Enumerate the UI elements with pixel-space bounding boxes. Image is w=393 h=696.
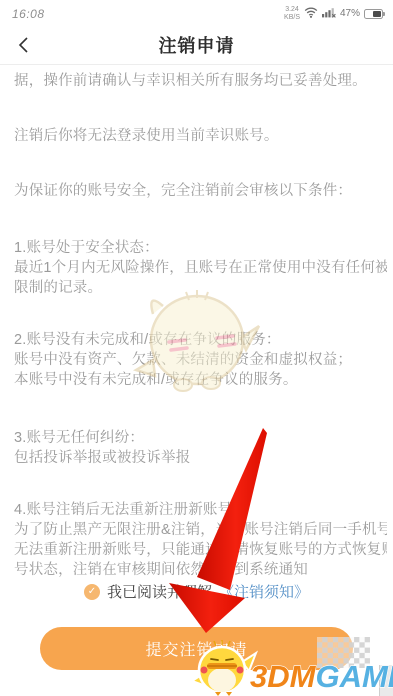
intro-paragraph-logout: 注销后你将无法登录使用当前幸识账号。 xyxy=(14,126,387,146)
condition-body-line: 包括投诉举报或被投诉举报 xyxy=(14,448,387,468)
network-speed-value: 3.24 xyxy=(285,6,299,14)
chevron-left-icon xyxy=(18,36,29,54)
network-speed-unit: KB/S xyxy=(284,14,300,22)
agreement-checkbox[interactable]: ✓ xyxy=(84,584,100,600)
condition-body-line: 最近1个月内无风险操作，且账号在正常使用中没有任何被 xyxy=(14,258,387,278)
nav-header: 注销申请 xyxy=(0,25,393,64)
wifi-icon xyxy=(304,5,318,23)
status-bar-right: 3.24 KB/S 47% xyxy=(284,5,383,23)
header-divider xyxy=(0,64,393,65)
intro-line: 注销后你将无法登录使用当前幸识账号。 xyxy=(14,126,387,146)
condition-body-line: 无法重新注册新账号，只能通过申请恢复账号的方式恢复账 xyxy=(14,540,387,560)
battery-icon xyxy=(364,9,383,19)
condition-title: 3.账号无任何纠纷： xyxy=(14,428,387,448)
cancellation-notice-link[interactable]: 《注销须知》 xyxy=(219,581,309,602)
condition-body-line: 号状态，注销在审核期间依然会收到系统通知 xyxy=(14,560,387,580)
intro-line: 据，操作前请确认与幸识相关所有服务均已妥善处理。 xyxy=(14,71,387,91)
agreement-label: 我已阅读并理解 xyxy=(107,581,212,602)
condition-body-line: 本账号中没有未完成和/或存在争议的服务。 xyxy=(14,370,387,390)
clock: 16:08 xyxy=(12,7,45,21)
page-title: 注销申请 xyxy=(159,32,235,58)
condition-3: 3.账号无任何纠纷： 包括投诉举报或被投诉举报 xyxy=(14,428,387,468)
condition-body-line: 账号中没有资产、欠款、未结清的资金和虚拟权益； xyxy=(14,350,387,370)
submit-cancellation-button[interactable]: 提交注销申请 xyxy=(40,627,353,670)
condition-2: 2.账号没有未完成和/或存在争议的服务： 账号中没有资产、欠款、未结清的资金和虚… xyxy=(14,330,387,390)
agreement-row: ✓ 我已阅读并理解 《注销须知》 xyxy=(0,581,393,602)
condition-title: 2.账号没有未完成和/或存在争议的服务： xyxy=(14,330,387,350)
intro-line: 为保证你的账号安全，完全注销前会审核以下条件： xyxy=(14,181,387,201)
network-speed: 3.24 KB/S xyxy=(284,6,300,21)
condition-body-line: 为了防止黑产无限注册&注销，当前账号注销后同一手机号 xyxy=(14,520,387,540)
condition-1: 1.账号处于安全状态： 最近1个月内无风险操作，且账号在正常使用中没有任何被 限… xyxy=(14,238,387,298)
condition-4: 4.账号注销后无法重新注册新账号： 为了防止黑产无限注册&注销，当前账号注销后同… xyxy=(14,500,387,580)
condition-title: 1.账号处于安全状态： xyxy=(14,238,387,258)
status-bar: 16:08 3.24 KB/S xyxy=(0,0,393,25)
intro-paragraph-clipped: 据，操作前请确认与幸识相关所有服务均已妥善处理。 xyxy=(14,71,387,91)
battery-percent: 47% xyxy=(340,8,360,19)
condition-body-line: 限制的记录。 xyxy=(14,278,387,298)
back-button[interactable] xyxy=(10,32,36,58)
condition-title: 4.账号注销后无法重新注册新账号： xyxy=(14,500,387,520)
intro-paragraph-review: 为保证你的账号安全，完全注销前会审核以下条件： xyxy=(14,181,387,201)
app-screen: 16:08 3.24 KB/S xyxy=(0,0,393,696)
mosaic-censor-block xyxy=(317,637,370,668)
cellular-signal-icon xyxy=(322,5,336,23)
right-edge-watermark-block xyxy=(379,665,393,696)
